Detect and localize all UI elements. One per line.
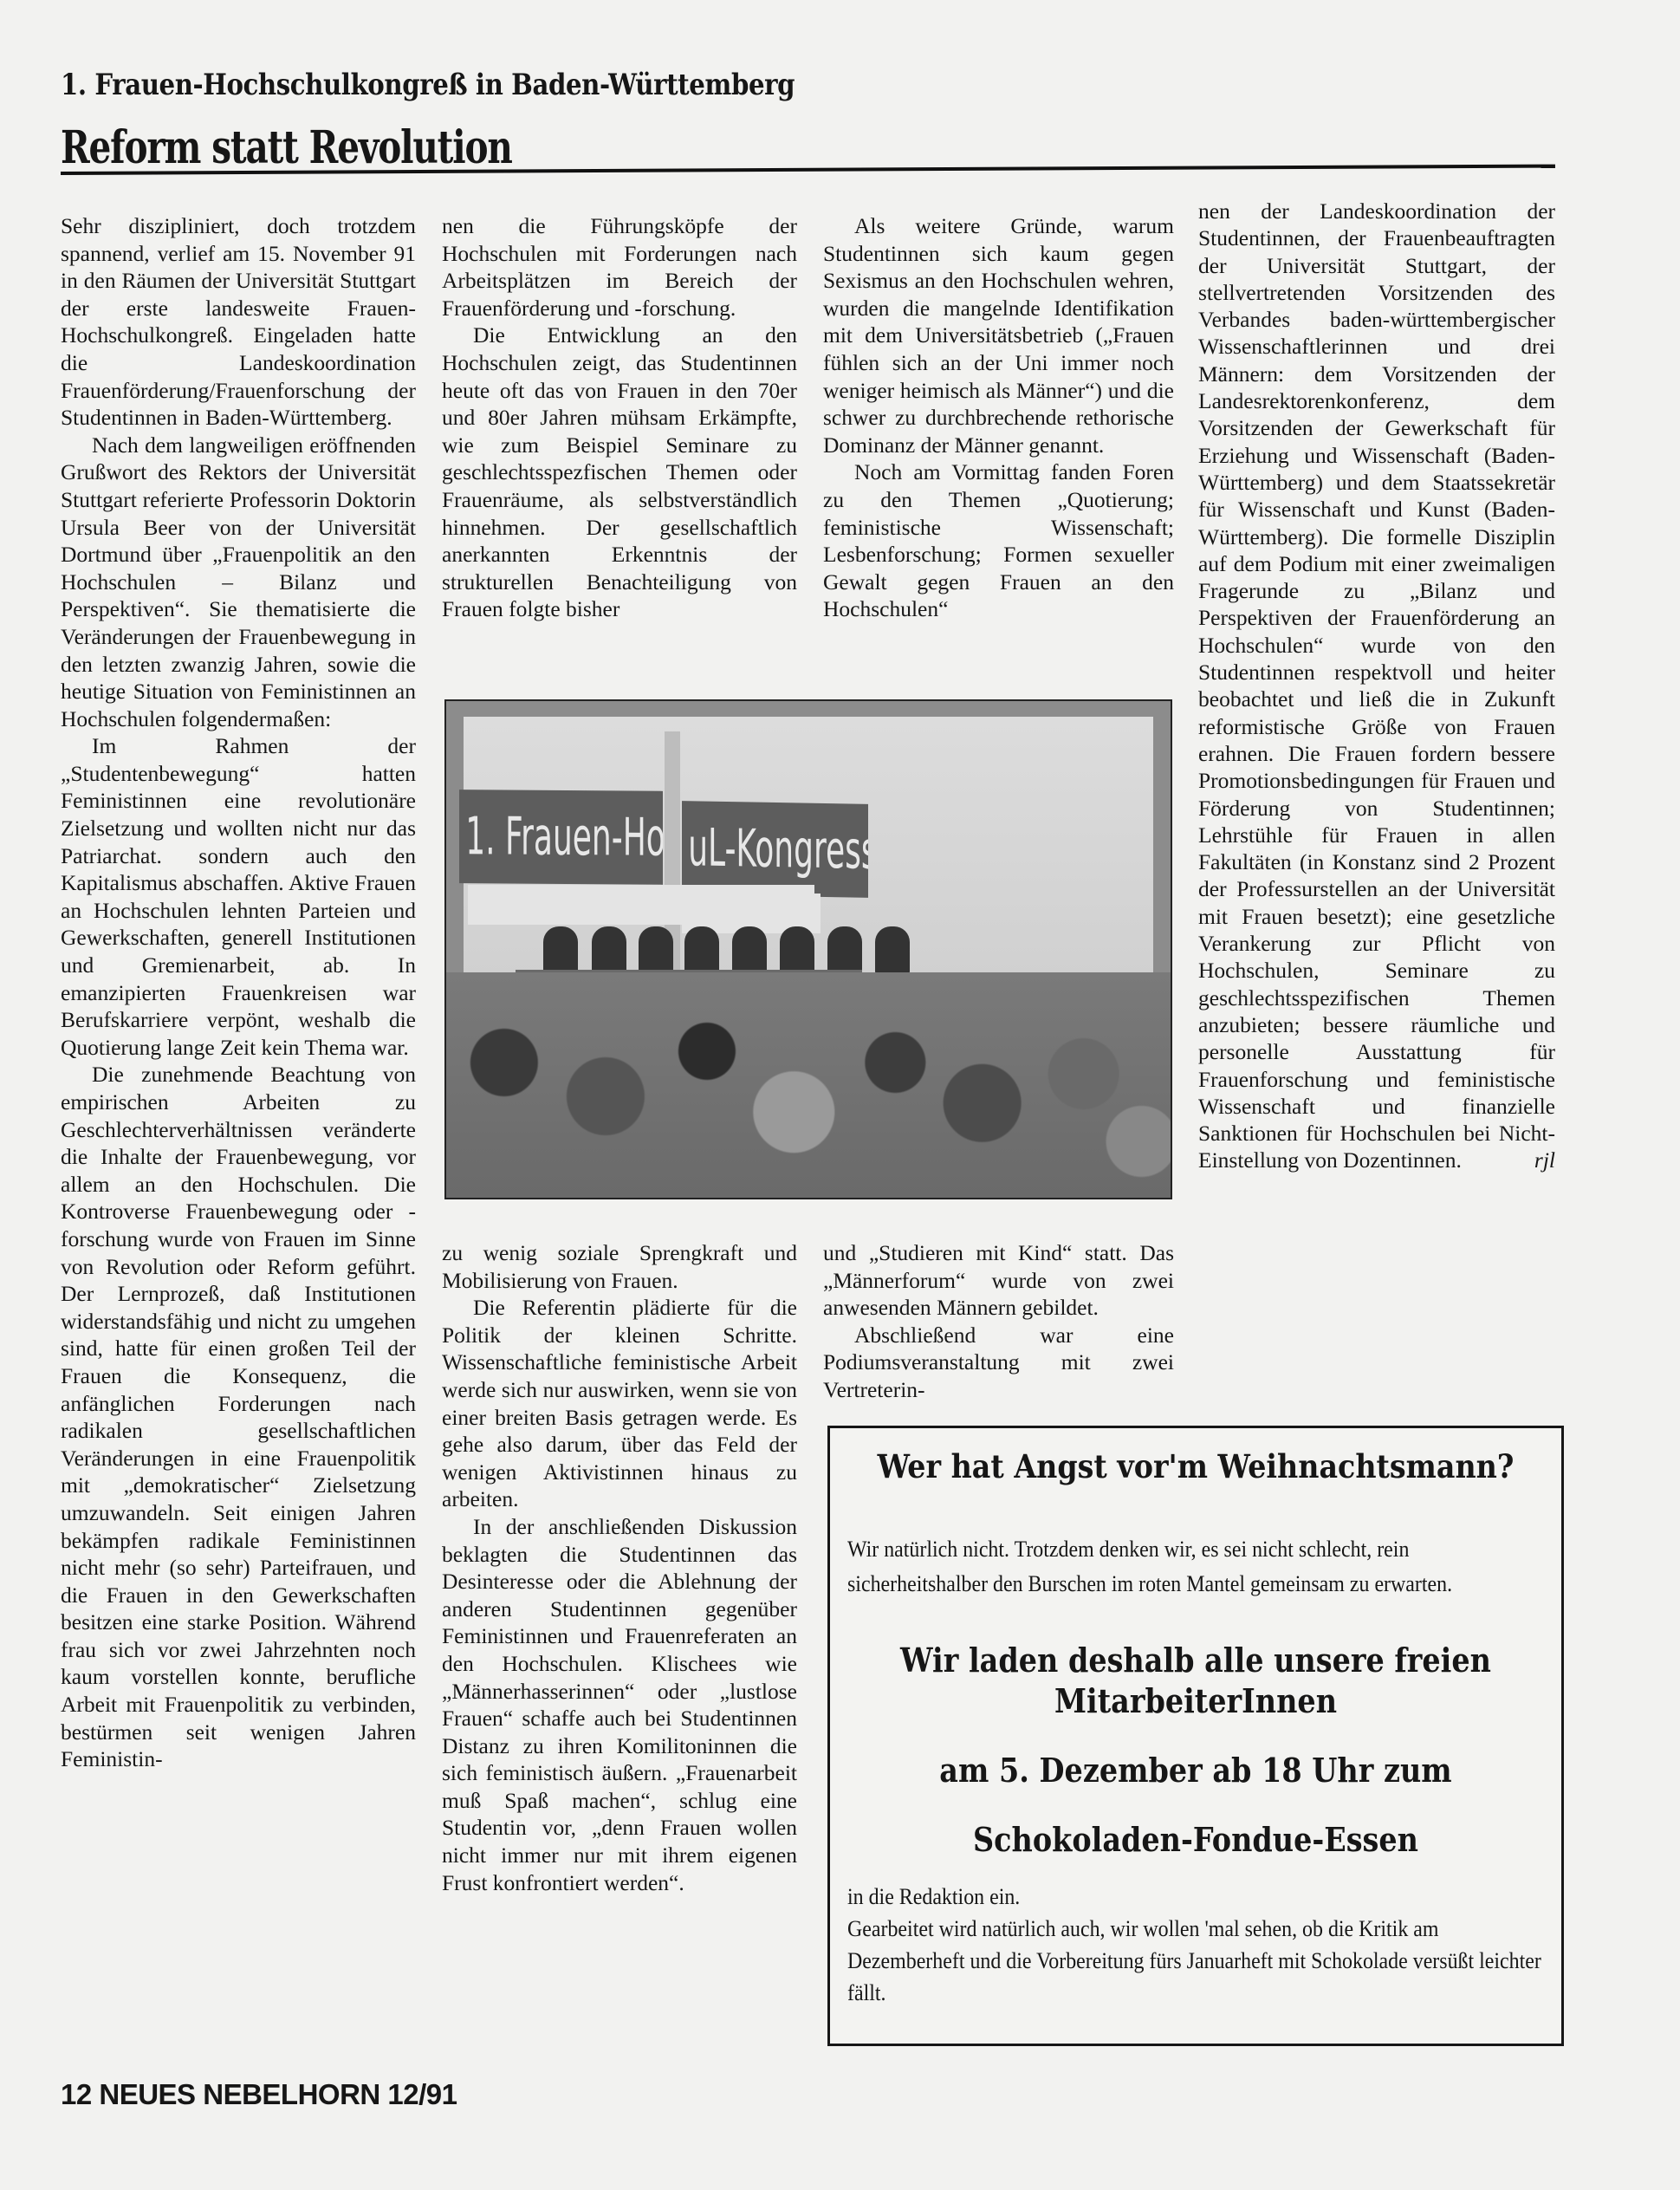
ad-outro-line-1: in die Redaktion ein. <box>847 1881 1549 1913</box>
photo-banner-left: 1. Frauen-Hochsch <box>459 790 663 885</box>
article-column-3-bottom: und „Studieren mit Kind“ statt. Das „Män… <box>823 1239 1174 1404</box>
article-column-4: nen der Landeskoordination der Studentin… <box>1198 198 1555 1173</box>
panelist <box>827 926 862 975</box>
paragraph: Die Referentin plädierte für die Politik… <box>442 1294 797 1513</box>
christmas-invitation-box: Wer hat Angst vor'm Weihnachtsmann? Wir … <box>827 1426 1564 2046</box>
page-footer: 12 NEUES NEBELHORN 12/91 <box>61 2078 457 2111</box>
photo-banner-right: uL-Kongress BaW <box>682 801 868 898</box>
ad-title: Wer hat Angst vor'm Weihnachtsmann? <box>866 1447 1525 1485</box>
paragraph: Abschließend war eine Podiumsveranstaltu… <box>823 1322 1174 1404</box>
ad-invitation-date: am 5. Dezember ab 18 Uhr zum <box>874 1751 1518 1790</box>
ad-outro-text: in die Redaktion ein. Gearbeitet wird na… <box>847 1881 1549 2009</box>
paragraph: Sehr diszipliniert, doch trotzdem spanne… <box>61 212 416 432</box>
ad-invitation-line-2: MitarbeiterInnen <box>874 1681 1518 1720</box>
ad-outro-line-2: Gearbeitet wird natürlich auch, wir woll… <box>847 1913 1549 2009</box>
panelist <box>543 926 578 975</box>
paragraph: Nach dem langweiligen eröffnenden Grußwo… <box>61 432 416 733</box>
panelist <box>875 926 910 975</box>
paragraph: und „Studieren mit Kind“ statt. Das „Män… <box>823 1239 1174 1322</box>
paragraph: nen der Landeskoordination der Studentin… <box>1198 198 1555 1174</box>
paragraph: In der anschließenden Diskussion beklagt… <box>442 1513 797 1896</box>
article-kicker: 1. Frauen-Hochschulkongreß in Baden-Würt… <box>61 68 795 102</box>
panelist <box>684 926 719 975</box>
article-headline: Reform statt Revolution <box>61 121 512 174</box>
paragraph: Noch am Vormittag fanden Foren zu den Th… <box>823 458 1174 623</box>
paragraph: nen die Führungsköpfe der Hochschulen mi… <box>442 212 797 322</box>
ad-intro-text: Wir natürlich nicht. Trotzdem denken wir… <box>847 1532 1549 1602</box>
panelist <box>732 926 767 975</box>
article-column-2-bottom: zu wenig soziale Sprengkraft und Mobilis… <box>442 1239 797 1896</box>
photo-audience <box>446 972 1171 1198</box>
paragraph: Die Entwicklung an den Hochschulen zeigt… <box>442 322 797 623</box>
ad-invitation-event: Schokoladen-Fondue-Essen <box>874 1820 1518 1859</box>
panelist <box>592 926 626 975</box>
paragraph: Als weitere Gründe, warum Studentinnen s… <box>823 212 1174 458</box>
paragraph: zu wenig soziale Sprengkraft und Mobilis… <box>442 1239 797 1294</box>
conference-photo: 1. Frauen-Hochsch uL-Kongress BaW <box>444 699 1172 1199</box>
paragraph: Im Rahmen der „Studentenbewegung“ hatten… <box>61 732 416 1061</box>
article-column-3-top: Als weitere Gründe, warum Studentinnen s… <box>823 212 1174 623</box>
panelist <box>780 926 814 975</box>
article-column-1: Sehr diszipliniert, doch trotzdem spanne… <box>61 212 416 1773</box>
ad-invitation-line-1: Wir laden deshalb alle unsere freien <box>874 1641 1518 1680</box>
paragraph: Die zunehmende Beachtung von empirischen… <box>61 1061 416 1772</box>
panelist <box>639 926 673 975</box>
article-column-2-top: nen die Führungsköpfe der Hochschulen mi… <box>442 212 797 623</box>
